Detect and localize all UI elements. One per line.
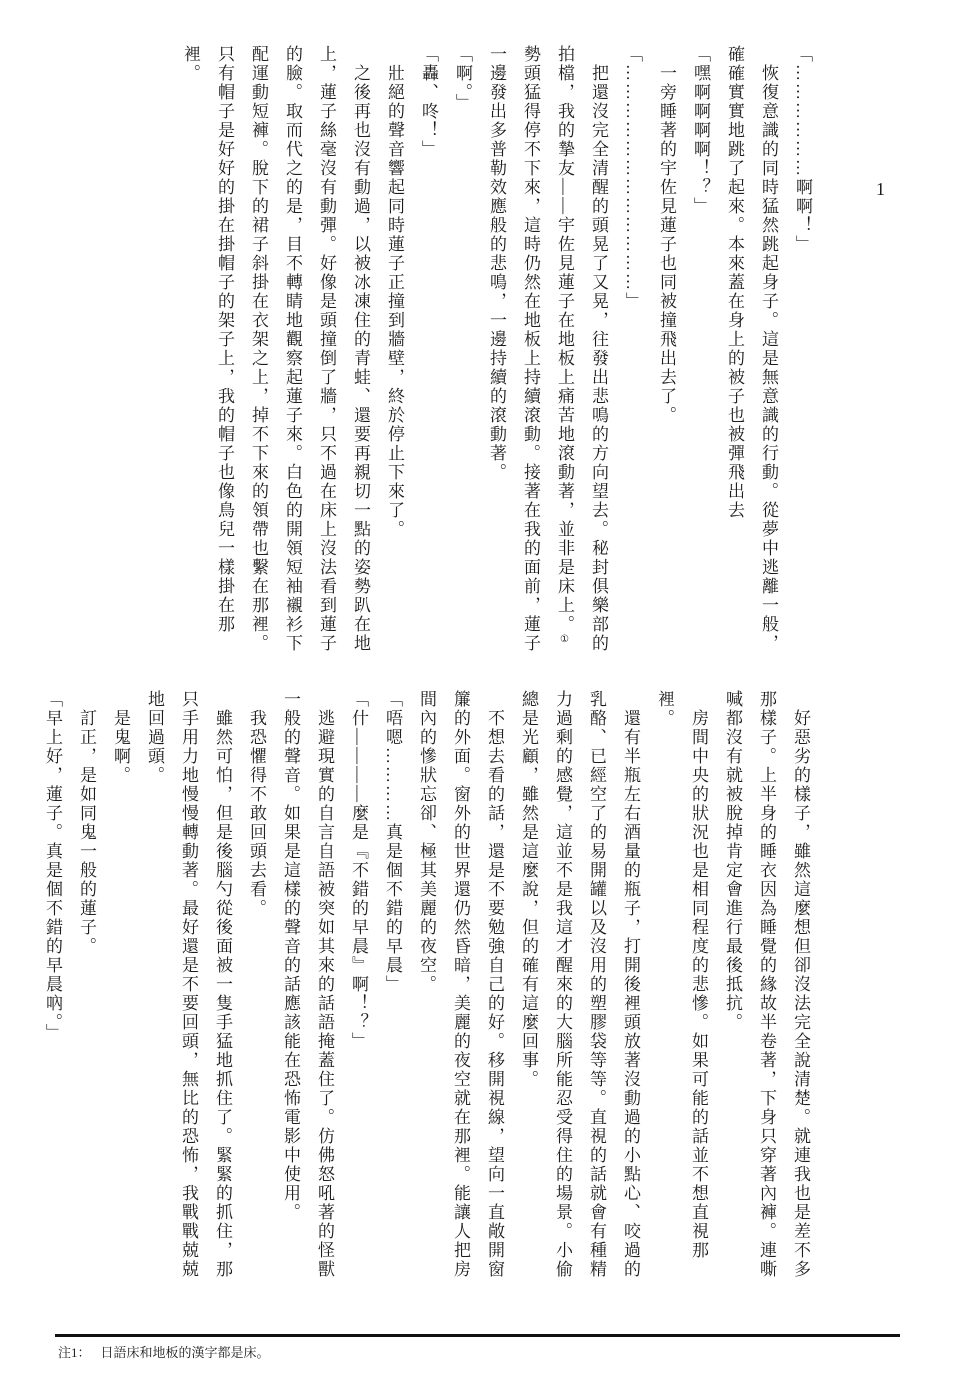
page-number: 1 [876, 179, 885, 200]
narrative-paragraph: 之後再也沒有動過，以被冰凍住的青蛙、還要再親切一點的姿勢趴在地上，蓮子絲毫沒有動… [173, 45, 377, 661]
dialogue-line: 「啊。」 [445, 45, 479, 661]
narrative-paragraph: 逃避現實的自言自語被突如其來的話語掩蓋住了。仿佛怒吼著的怪獸一般的聲音。如果是這… [273, 690, 341, 1290]
narrative-paragraph: 把還沒完全清醒的頭晃了又晃，往發出悲鳴的方向望去。秘封俱樂部的拍檔，我的摯友——… [479, 45, 615, 661]
dialogue-line: 「………………啊啊！」 [785, 45, 819, 661]
bottom-text-block: 好惡劣的樣子，雖然這麼想但卻沒法完全說清楚。就連我也是差不多那樣子。上半身的睡衣… [35, 690, 817, 1290]
narrative-paragraph: 恢復意識的同時猛然跳起身子。這是無意識的行動。從夢中逃離一般，確確實實地跳了起來… [717, 45, 785, 661]
dialogue-line: 「嘿啊啊啊啊！？」 [683, 45, 717, 661]
narrative-paragraph: 不想去看的話，還是不要勉強自己的好。移開視線，望向一直敞開窗簾的外面。窗外的世界… [409, 690, 511, 1290]
narrative-paragraph: 壯絕的聲音響起同時蓮子正撞到牆壁，終於停止下來了。 [377, 45, 411, 661]
footnote-marker: ① [559, 634, 570, 645]
footnote-divider [55, 1334, 900, 1337]
dialogue-line: 「………………………………」 [615, 45, 649, 661]
narrative-paragraph: 還有半瓶左右酒量的瓶子，打開後裡頭放著沒動過的小點心、咬過的乳酪、已經空了的易開… [511, 690, 647, 1290]
book-page: 1 「………………啊啊！」恢復意識的同時猛然跳起身子。這是無意識的行動。從夢中逃… [0, 0, 967, 1400]
footnote-text: 日語床和地板的漢字都是床。 [101, 1345, 270, 1360]
footnote: 注1：日語床和地板的漢字都是床。 [58, 1342, 270, 1361]
paragraph-text: 把還沒完全清醒的頭晃了又晃，往發出悲鳴的方向望去。秘封俱樂部的拍檔，我的摯友——… [555, 45, 608, 653]
narrative-paragraph: 我恐懼得不敢回頭去看。 [239, 690, 273, 1290]
narrative-paragraph: 訂正，是如同鬼一般的蓮子。 [69, 690, 103, 1290]
narrative-paragraph: 一旁睡著的宇佐見蓮子也同被撞飛出去了。 [649, 45, 683, 661]
footnote-label: 注1： [58, 1345, 91, 1360]
narrative-paragraph: 好惡劣的樣子，雖然這麼想但卻沒法完全說清楚。就連我也是差不多那樣子。上半身的睡衣… [715, 690, 817, 1290]
dialogue-line: 「轟、咚！」 [411, 45, 445, 661]
paragraph-text: 勢頭猛得停不下來，這時仍然在地板上持續滾動。接著在我的面前，蓮子一邊發出多普勒效… [487, 45, 540, 653]
dialogue-line: 「唔嗯…………真是個不錯的早晨」 [375, 690, 409, 1290]
narrative-paragraph: 雖然可怕，但是後腦勺從後面被一隻手猛地抓住了。緊緊的抓住，那只手用力地慢慢轉動著… [137, 690, 239, 1290]
top-text-block: 「………………啊啊！」恢復意識的同時猛然跳起身子。這是無意識的行動。從夢中逃離一… [173, 45, 819, 661]
narrative-paragraph: 是鬼啊。 [103, 690, 137, 1290]
narrative-paragraph: 房間中央的狀況也是相同程度的悲慘。如果可能的話並不想直視那裡。 [647, 690, 715, 1290]
dialogue-line: 「早上好，蓮子。真是個不錯的早晨吶。」 [35, 690, 69, 1290]
dialogue-line: 「什————麼是『不錯的早晨』啊！？」 [341, 690, 375, 1290]
